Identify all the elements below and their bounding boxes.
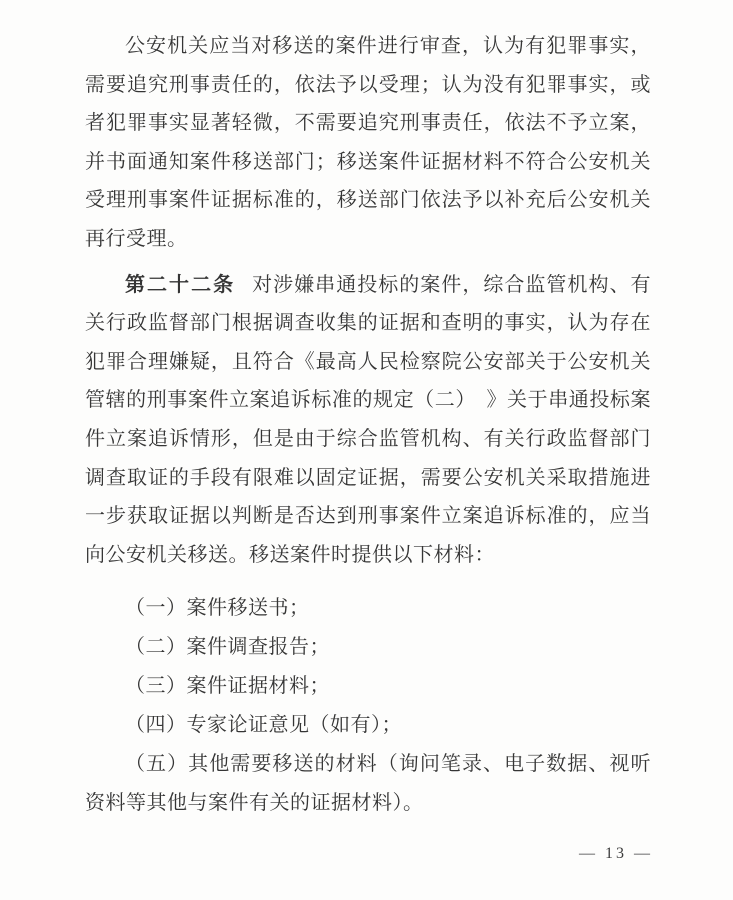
list-item-4: （四）专家论证意见（如有）；: [85, 706, 651, 745]
materials-list: （一）案件移送书； （二）案件调查报告； （三）案件证据材料； （四）专家论证意…: [85, 589, 651, 823]
list-item-1: （一）案件移送书；: [85, 589, 651, 628]
list-item-3: （三）案件证据材料；: [85, 667, 651, 706]
page-number: — 13 —: [579, 845, 653, 863]
list-item-2: （二）案件调查报告；: [85, 628, 651, 667]
body-paragraph: 公安机关应当对移送的案件进行审查，认为有犯罪事实，需要追究刑事责任的，依法予以受…: [85, 27, 651, 259]
article-number: 第二十二条: [125, 274, 235, 296]
list-item-5: （五）其他需要移送的材料（询问笔录、电子数据、视听资料等其他与案件有关的证据材料…: [85, 745, 651, 823]
article-body: 对涉嫌串通投标的案件，综合监管机构、有关行政监督部门根据调查收集的证据和查明的事…: [85, 274, 651, 566]
article-paragraph: 第二十二条对涉嫌串通投标的案件，综合监管机构、有关行政监督部门根据调查收集的证据…: [85, 266, 651, 575]
document-page: 公安机关应当对移送的案件进行审查，认为有犯罪事实，需要追究刑事责任的，依法予以受…: [0, 0, 733, 900]
